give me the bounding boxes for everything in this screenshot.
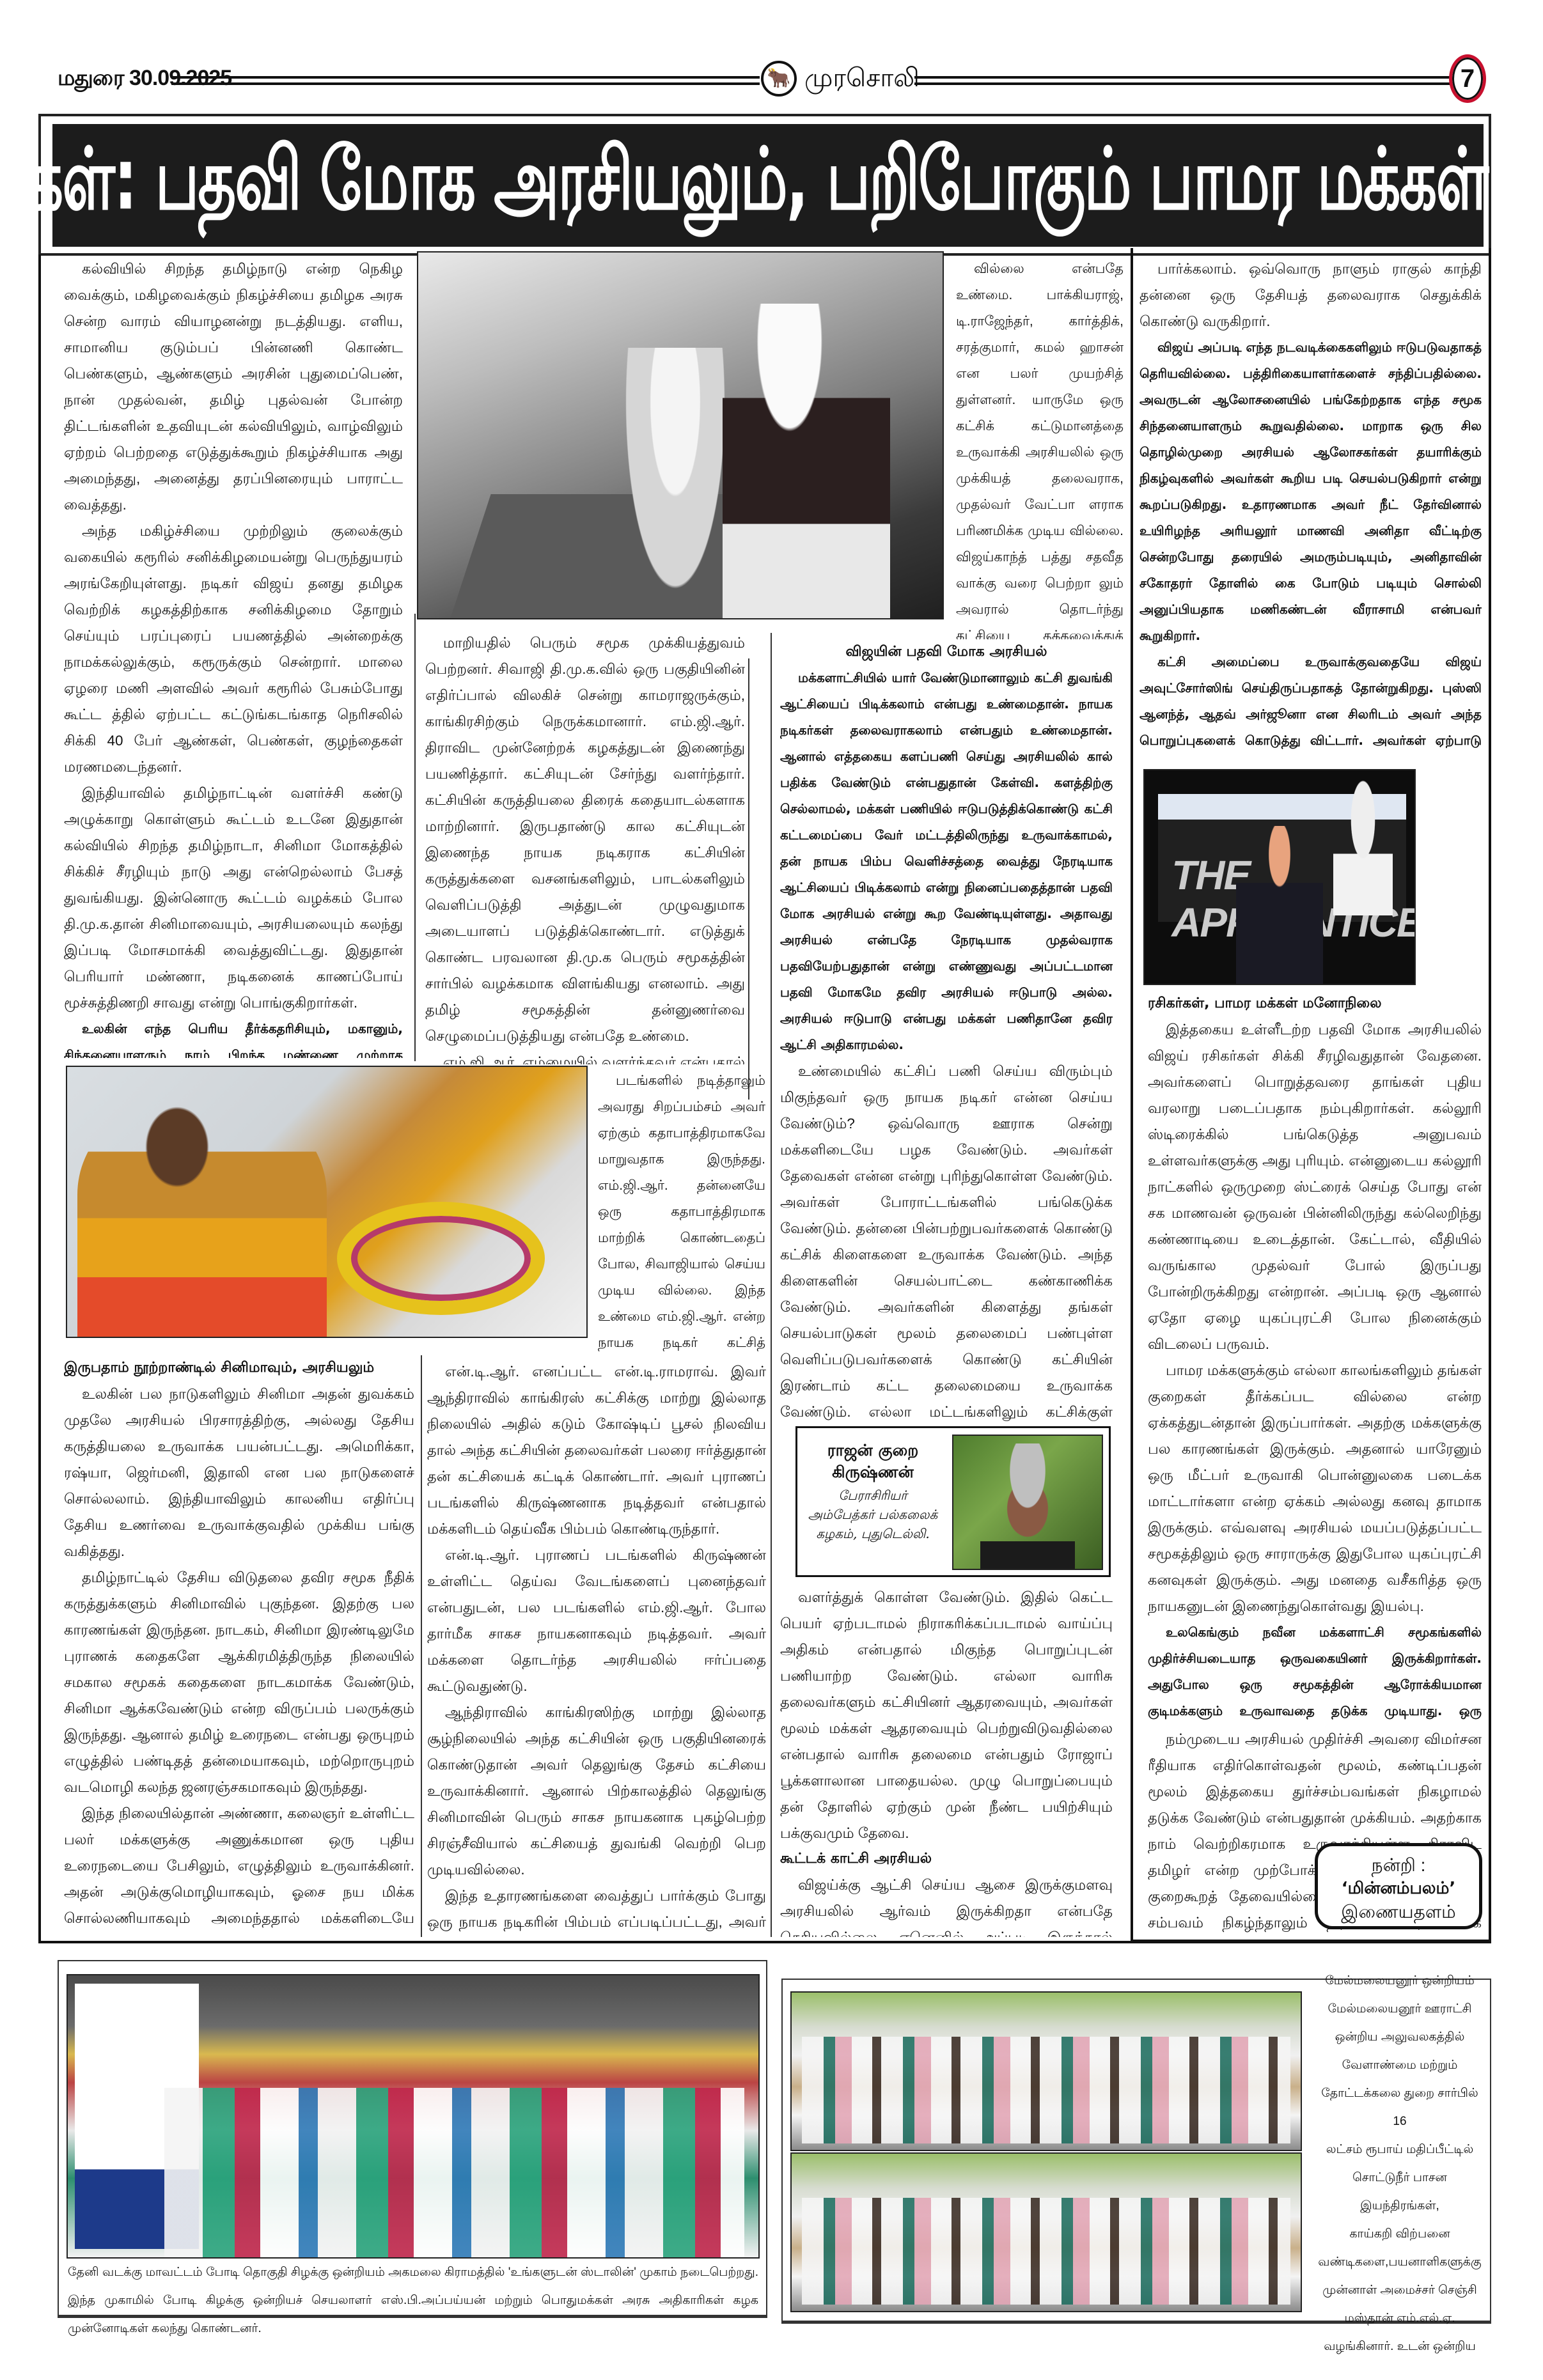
subheading: இருபதாம் நூற்றாண்டில் சினிமாவும், அரசியல… (64, 1355, 414, 1381)
column-3-lower: வளர்த்துக் கொள்ள வேண்டும். இதில் கெட்ட ப… (780, 1584, 1113, 1937)
photo-detail (164, 2088, 744, 2257)
paragraph-bold: உலகெங்கும் நவீன மக்களாட்சி சமூகங்களில் ம… (1148, 1619, 1482, 1726)
column-2-lower: என்.டி.ஆர். எனப்பட்ட என்.டி.ராமராவ். இவர… (427, 1358, 766, 1937)
photo-beneficiaries-1 (790, 1991, 1302, 2151)
photo-detail (802, 2037, 1290, 2143)
column-1: கல்வியில் சிறந்த தமிழ்நாடு என்ற நெகிழ வை… (64, 256, 403, 1058)
caption-line: முன்னாள் அமைச்சர் செஞ்சி (1313, 2276, 1486, 2305)
photo-beneficiaries-2 (790, 2152, 1302, 2312)
bull-emblem-icon: 🐂 (761, 61, 797, 97)
paragraph: அந்த மகிழ்ச்சியை முற்றிலும் குலைக்கும் வ… (64, 518, 403, 780)
article-bottom-rule (38, 1941, 1491, 1943)
author-name: கிருஷ்ணன் (803, 1461, 943, 1483)
author-photo (952, 1435, 1103, 1570)
caption-line: ஒன்றிய அலுவலகத்தில் (1313, 2023, 1486, 2051)
paragraph: கல்வியில் சிறந்த தமிழ்நாடு என்ற நெகிழ வை… (64, 256, 403, 518)
page-number-badge: 7 (1449, 54, 1486, 103)
column-divider (414, 614, 416, 1061)
paragraph-bold: கட்சி அமைப்பை உருவாக்குவதையே விஜய் அவுட்… (1140, 649, 1482, 761)
credit-box: நன்றி : ‘மின்னம்பலம்’ இணையதளம் (1315, 1843, 1482, 1929)
photo-caption: மேல்மலையனூர் ஒன்றியம் மேல்மலையனூர் ஊராட்… (1313, 1967, 1486, 2361)
photo-leaders-lectern (417, 251, 944, 619)
paragraph: எம்.ஜி.ஆர். ஏழ்மையில் வளர்ந்தவர் என்பதால… (425, 1049, 745, 1064)
paragraph-bold: மக்களாட்சியில் யார் வேண்டுமானாலும் கட்சி… (780, 665, 1113, 1058)
paragraph: வளர்த்துக் கொள்ள வேண்டும். இதில் கெட்ட ப… (780, 1584, 1113, 1846)
subheading: ரசிகர்கள், பாமர மக்கள் மனோநிலை (1148, 991, 1482, 1016)
caption-line: லட்சம் ரூபாய் மதிப்பீட்டில் (1313, 2136, 1486, 2164)
author-role: பேராசிரியர் (803, 1486, 943, 1505)
paragraph: மாறியதில் பெரும் சமூக முக்கியத்துவம் பெற… (425, 630, 745, 1049)
paragraph: படங்களில் நடித்தாலும் அவரது சிறப்பம்சம் … (598, 1068, 765, 1355)
photo-detail (618, 348, 733, 618)
paper-name: முரசொலி (804, 63, 920, 96)
column-4-upper: பார்க்கலாம். ஒவ்வொரு நாளும் ராகுல் காந்த… (1140, 256, 1482, 761)
paragraph-bold: விஜய் அப்படி எந்த நடவடிக்கைகளிலும் ஈடுபட… (1140, 334, 1482, 649)
masthead-rule-left (171, 76, 760, 85)
paragraph: இந்த உதாரணங்களை வைத்துப் பார்க்கும் போது… (427, 1883, 766, 1937)
headline: நாயக நடிகர்கள்: பதவி மோக அரசியலும், பறிப… (0, 130, 1543, 241)
photo-detail (980, 1443, 1075, 1569)
headline-frame: நாயக நடிகர்கள்: பதவி மோக அரசியலும், பறிப… (38, 114, 1491, 256)
photo-detail (802, 2198, 1290, 2305)
caption-line: மேல்மலையனூர் ஒன்றியம் (1313, 1967, 1486, 1995)
paragraph: வில்லை என்பதே உண்மை. பாக்கியராஜ், டி.ராஜ… (956, 256, 1124, 639)
column-1-lower: இருபதாம் நூற்றாண்டில் சினிமாவும், அரசியல… (64, 1355, 414, 1937)
column-3-upper: வில்லை என்பதே உண்மை. பாக்கியராஜ், டி.ராஜ… (956, 256, 1124, 639)
author-affiliation: கழகம், புதுடெல்லி. (803, 1524, 943, 1543)
paragraph: என்.டி.ஆர். புராணப் படங்களில் கிருஷ்ணன் … (427, 1542, 766, 1699)
photo-detail (1236, 826, 1322, 984)
credit-source-type: இணையதளம் (1318, 1900, 1479, 1924)
photo-mourning (66, 1066, 588, 1338)
masthead-rule-right (914, 76, 1452, 85)
photo-apprentice: THE APPRENTICE (1143, 769, 1416, 985)
column-divider (748, 658, 749, 1100)
paragraph: என்.டி.ஆர். எனப்பட்ட என்.டி.ராமராவ். இவர… (427, 1358, 766, 1542)
photo-caption: தேனி வடக்கு மாவட்டம் போடி தொகுதி சிழக்கு… (68, 2259, 758, 2343)
caption-line: காய்கறி விற்பனை (1313, 2220, 1486, 2248)
caption-line: தோட்டக்கலை துறை சார்பில் 16 (1313, 2080, 1486, 2136)
photo-detail (337, 1202, 545, 1315)
column-divider (771, 633, 772, 1937)
author-info: ராஜன் குறை கிருஷ்ணன் பேராசிரியர் அம்பேத்… (803, 1440, 943, 1543)
credit-label: நன்றி : (1318, 1854, 1479, 1877)
paragraph: பாமர மக்களுக்கும் எல்லா காலங்களிலும் தங்… (1148, 1357, 1482, 1619)
paragraph-bold: உலகின் எந்த பெரிய தீர்க்கதரிசியும், மகான… (64, 1016, 403, 1058)
column-divider (421, 1355, 422, 1937)
photo-camp (67, 1974, 760, 2259)
column-3: விஜயின் பதவி மோக அரசியல் மக்களாட்சியில் … (780, 639, 1113, 1424)
photo-detail (77, 1100, 327, 1337)
paragraph: உலகின் பல நாடுகளிலும் சினிமா அதன் துவக்க… (64, 1381, 414, 1564)
paragraph: இந்த நிலையில்தான் அண்ணா, கலைஞர் உள்ளிட்ட… (64, 1800, 414, 1937)
author-box: ராஜன் குறை கிருஷ்ணன் பேராசிரியர் அம்பேத்… (795, 1426, 1111, 1577)
news-item-beneficiaries: மேல்மலையனூர் ஒன்றியம் மேல்மலையனூர் ஊராட்… (781, 1979, 1491, 2324)
column-2-narrow: படங்களில் நடித்தாலும் அவரது சிறப்பம்சம் … (598, 1068, 765, 1355)
caption-line: வண்டிகளை,பயனாளிகளுக்கு (1313, 2248, 1486, 2276)
headline-bar: நாயக நடிகர்கள்: பதவி மோக அரசியலும், பறிப… (52, 124, 1484, 247)
column-4-middle: ரசிகர்கள், பாமர மக்கள் மனோநிலை இத்தகைய உ… (1148, 991, 1482, 1726)
caption-line: மேல்மலையனூர் ஊராட்சி (1313, 1995, 1486, 2023)
subheading: விஜயின் பதவி மோக அரசியல் (780, 639, 1113, 665)
paragraph: இந்தியாவில் தமிழ்நாட்டின் வளர்ச்சி கண்டு… (64, 780, 403, 1016)
author-name: ராஜன் குறை (803, 1440, 943, 1461)
paragraph: இத்தகைய உள்ளீடற்ற பதவி மோக அரசியலில் விஜ… (1148, 1016, 1482, 1357)
paragraph: விஜய்க்கு ஆட்சி செய்ய ஆசை இருக்குமளவு அர… (780, 1872, 1113, 1937)
caption-line: வழங்கினார். உடன் ஒன்றிய (1313, 2333, 1486, 2361)
caption-line: சொட்டுநீர் பாசன இயந்திரங்கள், (1313, 2164, 1486, 2220)
author-affiliation: அம்பேத்கர் பல்கலைக் (803, 1505, 943, 1524)
subheading: கூட்டக் காட்சி அரசியல் (780, 1846, 1113, 1872)
paragraph: உண்மையில் கட்சிப் பணி செய்ய விரும்பும் ம… (780, 1058, 1113, 1424)
photo-detail (1333, 779, 1393, 915)
column-2-upper: மாறியதில் பெரும் சமூக முக்கியத்துவம் பெற… (425, 630, 745, 1064)
article-frame-left (38, 254, 41, 1942)
credit-source: ‘மின்னம்பலம்’ (1318, 1877, 1479, 1900)
masthead: மதுரை 30.09.2025 🐂 முரசொலி 7 (58, 61, 1490, 99)
photo-detail (723, 304, 890, 618)
caption-line: வேளாண்மை மற்றும் (1313, 2051, 1486, 2080)
paragraph: ஆந்திராவில் காங்கிரஸிற்கு மாற்று இல்லாத … (427, 1699, 766, 1883)
paragraph: தமிழ்நாட்டில் தேசிய விடுதலை தவிர சமூக நீ… (64, 1564, 414, 1800)
caption-line: மஸ்தான் எம்.எல்.ஏ. (1313, 2305, 1486, 2333)
paragraph: பார்க்கலாம். ஒவ்வொரு நாளும் ராகுல் காந்த… (1140, 256, 1482, 334)
news-item-camp: தேனி வடக்கு மாவட்டம் போடி தொகுதி சிழக்கு… (58, 1960, 767, 2318)
